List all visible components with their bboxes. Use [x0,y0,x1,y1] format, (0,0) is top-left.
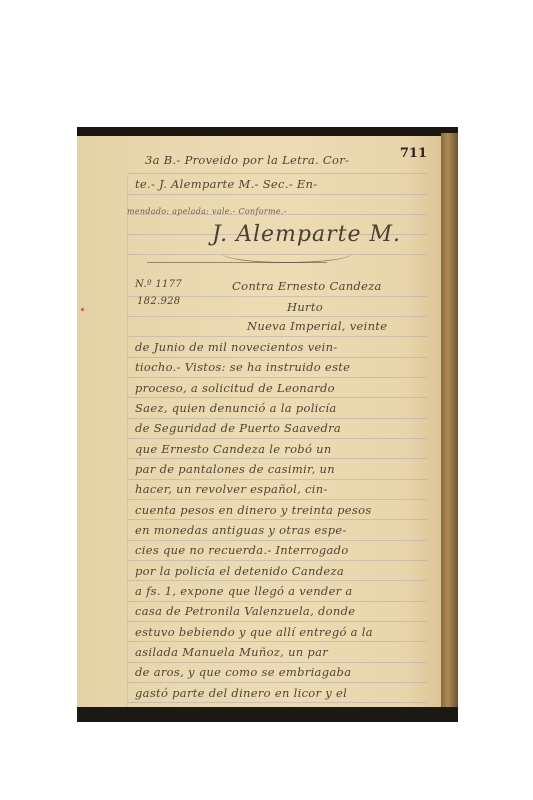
rule-line [127,458,427,459]
body-line: Nueva Imperial, veinte [247,319,387,333]
margin-line [127,176,128,706]
rule-line [127,519,427,520]
body-line: hacer, un revolver español, cin- [135,482,328,496]
top-entry-line-3: mendado: apelada: vale.- Conforme.- [127,207,287,216]
case-title: Contra Ernesto Candeza [232,279,382,293]
rule-line [127,377,427,378]
entry-separator [147,262,327,263]
page-edge [441,133,458,713]
document-photo: 711 3a B.- Proveido por la Letra. Cor- t… [77,127,458,722]
rule-line [127,336,427,337]
rule-line [127,479,427,480]
rule-line [127,540,427,541]
rule-line [127,560,427,561]
body-line: a fs. 1, expone que llegó a vender a [135,584,353,598]
case-subtitle: Hurto [287,300,323,314]
body-line: casa de Petronila Valenzuela, donde [135,604,355,618]
top-entry-line-2: te.- J. Alemparte M.- Sec.- En- [135,177,317,191]
red-marker-dot [81,308,84,311]
top-entry-line-1: 3a B.- Proveido por la Letra. Cor- [145,153,349,167]
secondary-number: 182.928 [137,296,180,307]
body-line: proceso, a solicitud de Leonardo [135,381,335,395]
body-line: asilada Manuela Muñoz, un par [135,645,328,659]
rule-line [127,173,427,174]
rule-line [127,621,427,622]
body-line: par de pantalones de casimir, un [135,462,335,476]
body-line: tiocho.- Vistos: se ha instruido este [135,360,350,374]
body-line: cies que no recuerda.- Interrogado [135,543,349,557]
rule-line [127,580,427,581]
rule-line [127,418,427,419]
body-line: de Seguridad de Puerto Saavedra [135,421,341,435]
signature-flourish [222,244,352,263]
body-line: de Junio de mil novecientos vein- [135,340,337,354]
body-line: estuvo bebiendo y que allí entregó a la [135,625,373,639]
rule-line [127,397,427,398]
case-number: N.º 1177 [135,279,182,290]
rule-line [127,316,427,317]
page-number: 711 [400,146,427,161]
rule-line [127,438,427,439]
rule-line [127,194,427,195]
body-line: que Ernesto Candeza le robó un [135,442,332,456]
body-line: cuenta pesos en dinero y treinta pesos [135,503,372,517]
rule-line [127,702,427,703]
body-line: en monedas antiguas y otras espe- [135,523,347,537]
ledger-page: 711 3a B.- Proveido por la Letra. Cor- t… [77,136,441,710]
rule-line [127,662,427,663]
bottom-shadow [77,707,458,722]
rule-line [127,682,427,683]
body-line: de aros, y que como se embriagaba [135,665,351,679]
body-line: Saez, quien denunció a la policía [135,401,337,415]
body-line: gastó parte del dinero en licor y el [135,686,347,700]
rule-line [127,499,427,500]
rule-line [127,601,427,602]
rule-line [127,641,427,642]
body-line: por la policía el detenido Candeza [135,564,344,578]
rule-line [127,357,427,358]
